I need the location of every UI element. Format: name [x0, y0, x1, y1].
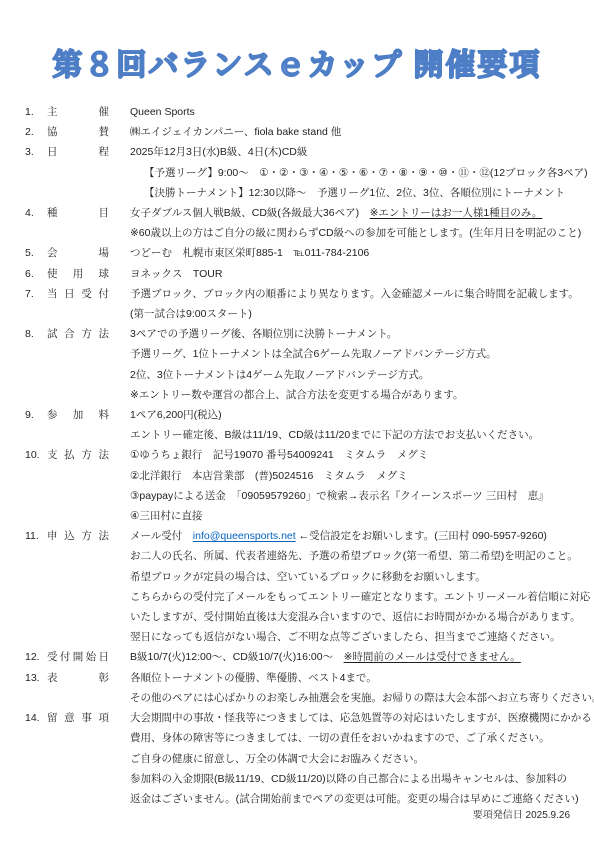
item-number: 4.	[25, 203, 47, 223]
item-line: ④三田村に直接	[130, 506, 594, 526]
text-segment: ヨネックス TOUR	[130, 268, 222, 280]
text-segment: 参加料の入金期限(B級11/19、CD級11/20)以降の自己都合による出場キャ…	[130, 773, 567, 785]
item-content: 各順位トーナメントの優勝、準優勝、ベスト4まで。その他のペアには心ばかりのお楽し…	[130, 668, 594, 708]
text-segment: ←受信設定をお願いします。(三田村 090-5957-9260)	[296, 530, 547, 542]
item-content: B級10/7(火)12:00～、CD級10/7(火)16:00～ ※時間前のメー…	[130, 647, 594, 667]
item-line: Queen Sports	[130, 102, 594, 122]
item-content: ヨネックス TOUR	[130, 264, 594, 284]
item-line: B級10/7(火)12:00～、CD級10/7(火)16:00～ ※時間前のメー…	[130, 647, 594, 667]
item-line: 予選リーグ、1位トーナメントは全試合6ゲーム先取ノーアドバンテージ方式。	[130, 344, 594, 364]
item-content: 大会期間中の事故・怪我等につきましては、応急処置等の対応はいたしますが、医療機関…	[130, 708, 594, 809]
text-segment: つどーむ 札幌市東区栄町885-1 ℡011-784-2106	[130, 247, 369, 259]
item-line: 3ペアでの予選リーグ後、各順位別に決勝トーナメント。	[130, 324, 594, 344]
item-number: 1.	[25, 102, 47, 122]
text-segment: 2位、3位トーナメントは4ゲーム先取ノーアドバンテージ方式。	[130, 369, 429, 381]
text-segment: 費用、身体の障害等につきましては、一切の責任をおいかねますので、ご了承ください。	[130, 732, 550, 744]
item-content: 2025年12月3日(水)B級、4日(木)CD級【予選リーグ】9:00～ ①・②…	[130, 142, 594, 203]
text-segment: (第一試合は9:00スタート)	[130, 308, 252, 320]
text-segment: 各順位トーナメントの優勝、準優勝、ベスト4まで。	[130, 672, 377, 684]
item-number: 11.	[25, 526, 47, 546]
list-item: 5.会場つどーむ 札幌市東区栄町885-1 ℡011-784-2106	[25, 243, 594, 263]
item-line: ㈱エイジェイカンパニー、fiola bake stand 他	[130, 122, 594, 142]
item-line: 翌日になっても返信がない場合、ご不明な点等ございましたら、担当までご連絡ください…	[130, 627, 594, 647]
item-label: 当日受付	[47, 284, 109, 304]
item-line: (第一試合は9:00スタート)	[130, 304, 594, 324]
text-segment: 予選ブロック、ブロック内の順番により異なります。入金確認メールに集合時間を記載し…	[130, 288, 579, 300]
text-segment: 翌日になっても返信がない場合、ご不明な点等ございましたら、担当までご連絡ください…	[130, 631, 561, 643]
item-label: 会場	[47, 243, 109, 263]
item-label: 使用球	[47, 264, 109, 284]
list-item: 7.当日受付予選ブロック、ブロック内の順番により異なります。入金確認メールに集合…	[25, 284, 594, 324]
item-number: 5.	[25, 243, 47, 263]
list-item: 8.試合方法3ペアでの予選リーグ後、各順位別に決勝トーナメント。予選リーグ、1位…	[25, 324, 594, 405]
text-segment: 1ペア6,200円(税込)	[130, 409, 222, 421]
item-line: 各順位トーナメントの優勝、準優勝、ベスト4まで。	[130, 668, 594, 688]
item-line: 【予選リーグ】9:00～ ①・②・③・④・⑤・⑥・⑦・⑧・⑨・⑩・⑪・⑫(12ブ…	[130, 163, 594, 183]
item-label: 日程	[47, 142, 109, 162]
item-line: 大会期間中の事故・怪我等につきましては、応急処置等の対応はいたしますが、医療機関…	[130, 708, 594, 728]
text-segment: 予選リーグ、1位トーナメントは全試合6ゲーム先取ノーアドバンテージ方式。	[130, 348, 497, 360]
list-item: 6.使用球ヨネックス TOUR	[25, 264, 594, 284]
text-segment: 2025年12月3日(水)B級、4日(木)CD級	[130, 146, 307, 158]
text-segment: いたしますが、受付開始直後は大変混み合いますので、返信にお時間がかかる場合があり…	[130, 611, 580, 623]
item-label: 種目	[47, 203, 109, 223]
list-item: 12.受付開始日B級10/7(火)12:00～、CD級10/7(火)16:00～…	[25, 647, 594, 667]
text-segment: ご自身の健康に留意し、万全の体調で大会にお臨みください。	[130, 753, 424, 765]
item-number: 9.	[25, 405, 47, 425]
list-item: 9.参加料1ペア6,200円(税込)エントリー確定後、B級は11/19、CD級は…	[25, 405, 594, 445]
item-number: 12.	[25, 647, 47, 667]
item-line: メール受付 info@queensports.net ←受信設定をお願いします。…	[130, 526, 594, 546]
item-content: ①ゆうちょ銀行 記号19070 番号54009241 ミタムラ メグミ②北洋銀行…	[130, 445, 594, 526]
item-line: 2025年12月3日(水)B級、4日(木)CD級	[130, 142, 594, 162]
item-label: 表彰	[47, 668, 109, 688]
text-segment: こちらからの受付完了メールをもってエントリー確定となります。エントリーメール着信…	[130, 591, 590, 603]
list-item: 3.日程2025年12月3日(水)B級、4日(木)CD級【予選リーグ】9:00～…	[25, 142, 594, 203]
text-segment: メール受付	[130, 530, 193, 542]
item-line: ヨネックス TOUR	[130, 264, 594, 284]
item-line: ※エントリー数や運営の都合上、試合方法を変更する場合があります。	[130, 385, 594, 405]
items-list: 1.主催Queen Sports2.協賛㈱エイジェイカンパニー、fiola ba…	[0, 102, 594, 809]
email-link[interactable]: info@queensports.net	[193, 530, 296, 542]
item-content: 3ペアでの予選リーグ後、各順位別に決勝トーナメント。予選リーグ、1位トーナメント…	[130, 324, 594, 405]
text-segment: Queen Sports	[130, 106, 195, 118]
item-line: ※60歳以上の方はご自分の級に関わらずCD級への参加を可能とします。(生年月日を…	[130, 223, 594, 243]
list-item: 13.表彰各順位トーナメントの優勝、準優勝、ベスト4まで。その他のペアには心ばか…	[25, 668, 594, 708]
item-number: 7.	[25, 284, 47, 304]
item-number: 14.	[25, 708, 47, 728]
item-content: 予選ブロック、ブロック内の順番により異なります。入金確認メールに集合時間を記載し…	[130, 284, 594, 324]
item-line: ③paypayによる送金 「09059579260」で検索→表示名『クイーンスポ…	[130, 486, 594, 506]
text-segment: 返金はございません。(試合開始前までペアの変更は可能。変更の場合は早めにご連絡く…	[130, 793, 579, 805]
item-line: 2位、3位トーナメントは4ゲーム先取ノーアドバンテージ方式。	[130, 365, 594, 385]
text-segment: ※エントリーはお一人様1種目のみ。	[370, 207, 543, 219]
item-number: 3.	[25, 142, 47, 162]
item-number: 6.	[25, 264, 47, 284]
item-line: こちらからの受付完了メールをもってエントリー確定となります。エントリーメール着信…	[130, 587, 594, 607]
item-number: 8.	[25, 324, 47, 344]
item-line: ご自身の健康に留意し、万全の体調で大会にお臨みください。	[130, 749, 594, 769]
item-content: メール受付 info@queensports.net ←受信設定をお願いします。…	[130, 526, 594, 647]
item-line: 予選ブロック、ブロック内の順番により異なります。入金確認メールに集合時間を記載し…	[130, 284, 594, 304]
text-segment: ㈱エイジェイカンパニー、fiola bake stand 他	[130, 126, 341, 138]
item-label: 受付開始日	[47, 647, 109, 667]
item-label: 試合方法	[47, 324, 109, 344]
text-segment: ※時間前のメールは受付できません。	[344, 651, 521, 663]
text-segment: 大会期間中の事故・怪我等につきましては、応急処置等の対応はいたしますが、医療機関…	[130, 712, 592, 724]
item-content: つどーむ 札幌市東区栄町885-1 ℡011-784-2106	[130, 243, 594, 263]
item-line: 女子ダブルス個人戦B級、CD級(各級最大36ペア) ※エントリーはお一人様1種目…	[130, 203, 594, 223]
item-content: ㈱エイジェイカンパニー、fiola bake stand 他	[130, 122, 594, 142]
item-label: 参加料	[47, 405, 109, 425]
item-content: 女子ダブルス個人戦B級、CD級(各級最大36ペア) ※エントリーはお一人様1種目…	[130, 203, 594, 243]
item-line: 1ペア6,200円(税込)	[130, 405, 594, 425]
text-segment: エントリー確定後、B級は11/19、CD級は11/20までに下記の方法でお支払い…	[130, 429, 539, 441]
list-item: 10.支払方法①ゆうちょ銀行 記号19070 番号54009241 ミタムラ メ…	[25, 445, 594, 526]
text-segment: その他のペアには心ばかりのお楽しみ抽選会を実施。お帰りの際は大会本部へお立ち寄り…	[130, 692, 594, 704]
page-title: 第８回バランスｅカップ 開催要項	[0, 40, 594, 84]
text-segment: ④三田村に直接	[130, 510, 202, 522]
item-line: いたしますが、受付開始直後は大変混み合いますので、返信にお時間がかかる場合があり…	[130, 607, 594, 627]
item-number: 10.	[25, 445, 47, 465]
item-label: 主催	[47, 102, 109, 122]
item-line: 【決勝トーナメント】12:30以降～ 予選リーグ1位、2位、3位、各順位別にトー…	[130, 183, 594, 203]
document-page: 第８回バランスｅカップ 開催要項 1.主催Queen Sports2.協賛㈱エイ…	[0, 0, 594, 841]
item-label: 申込方法	[47, 526, 109, 546]
item-line: つどーむ 札幌市東区栄町885-1 ℡011-784-2106	[130, 243, 594, 263]
item-line: ①ゆうちょ銀行 記号19070 番号54009241 ミタムラ メグミ	[130, 445, 594, 465]
list-item: 4.種目女子ダブルス個人戦B級、CD級(各級最大36ペア) ※エントリーはお一人…	[25, 203, 594, 243]
text-segment: 女子ダブルス個人戦B級、CD級(各級最大36ペア)	[130, 207, 370, 219]
item-content: Queen Sports	[130, 102, 594, 122]
issue-date: 要項発信日 2025.9.26	[473, 806, 570, 821]
text-segment: 希望ブロックが定員の場合は、空いているブロックに移動をお願いします。	[130, 571, 486, 583]
item-line: 希望ブロックが定員の場合は、空いているブロックに移動をお願いします。	[130, 567, 594, 587]
text-segment: ※エントリー数や運営の都合上、試合方法を変更する場合があります。	[130, 389, 463, 401]
text-segment: 【予選リーグ】9:00～ ①・②・③・④・⑤・⑥・⑦・⑧・⑨・⑩・⑪・⑫(12ブ…	[144, 167, 588, 179]
item-label: 支払方法	[47, 445, 109, 465]
text-segment: 【決勝トーナメント】12:30以降～ 予選リーグ1位、2位、3位、各順位別にトー…	[144, 187, 565, 199]
item-line: その他のペアには心ばかりのお楽しみ抽選会を実施。お帰りの際は大会本部へお立ち寄り…	[130, 688, 594, 708]
item-label: 留意事項	[47, 708, 109, 728]
item-line: エントリー確定後、B級は11/19、CD級は11/20までに下記の方法でお支払い…	[130, 425, 594, 445]
item-number: 13.	[25, 668, 47, 688]
list-item: 1.主催Queen Sports	[25, 102, 594, 122]
text-segment: ※60歳以上の方はご自分の級に関わらずCD級への参加を可能とします。(生年月日を…	[130, 227, 581, 239]
item-line: ②北洋銀行 本店営業部 (普)5024516 ミタムラ メグミ	[130, 466, 594, 486]
text-segment: ①ゆうちょ銀行 記号19070 番号54009241 ミタムラ メグミ	[130, 449, 428, 461]
text-segment: ③paypayによる送金 「09059579260」で検索→表示名『クイーンスポ…	[130, 490, 549, 502]
text-segment: ②北洋銀行 本店営業部 (普)5024516 ミタムラ メグミ	[130, 470, 408, 482]
item-content: 1ペア6,200円(税込)エントリー確定後、B級は11/19、CD級は11/20…	[130, 405, 594, 445]
item-line: 参加料の入金期限(B級11/19、CD級11/20)以降の自己都合による出場キャ…	[130, 769, 594, 789]
list-item: 14.留意事項大会期間中の事故・怪我等につきましては、応急処置等の対応はいたしま…	[25, 708, 594, 809]
list-item: 2.協賛㈱エイジェイカンパニー、fiola bake stand 他	[25, 122, 594, 142]
item-number: 2.	[25, 122, 47, 142]
list-item: 11.申込方法メール受付 info@queensports.net ←受信設定を…	[25, 526, 594, 647]
item-label: 協賛	[47, 122, 109, 142]
text-segment: お二人の氏名、所属、代表者連絡先、予選の希望ブロック(第一希望、第二希望)を明記…	[130, 550, 578, 562]
item-line: お二人の氏名、所属、代表者連絡先、予選の希望ブロック(第一希望、第二希望)を明記…	[130, 546, 594, 566]
item-line: 費用、身体の障害等につきましては、一切の責任をおいかねますので、ご了承ください。	[130, 728, 594, 748]
text-segment: B級10/7(火)12:00～、CD級10/7(火)16:00～	[130, 651, 344, 663]
text-segment: 3ペアでの予選リーグ後、各順位別に決勝トーナメント。	[130, 328, 397, 340]
